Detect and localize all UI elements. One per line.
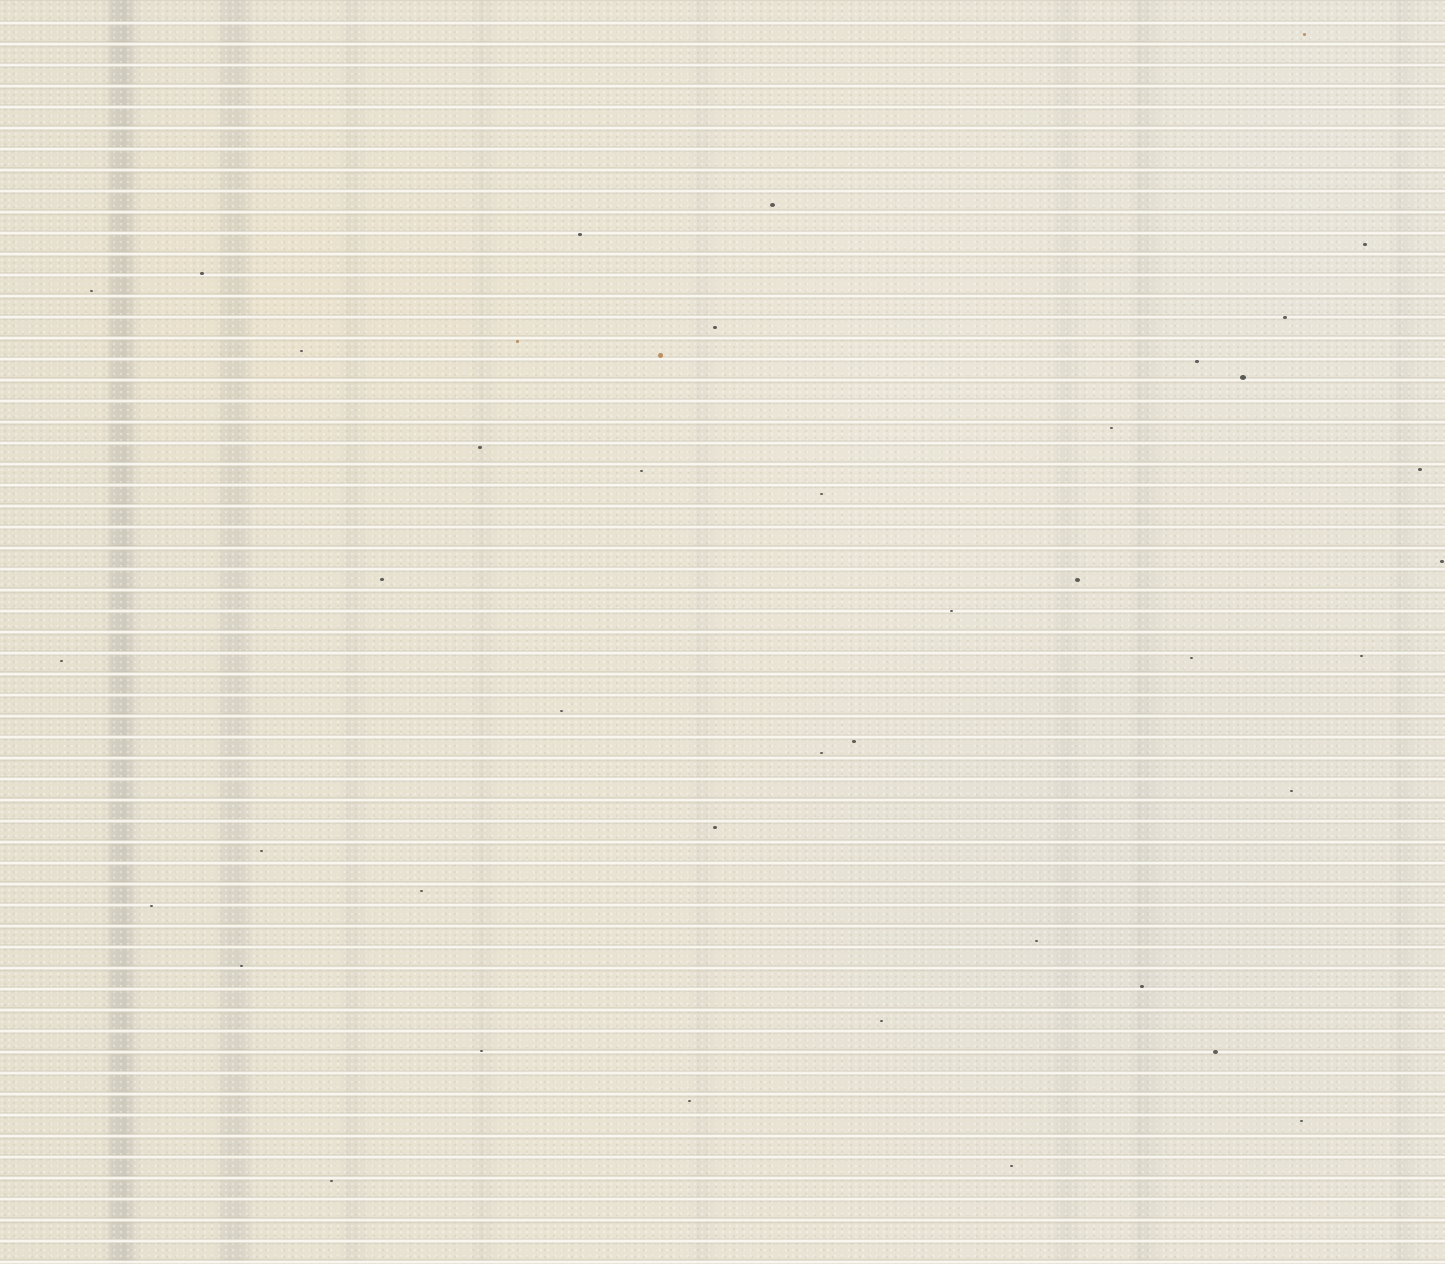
fleck xyxy=(1035,940,1038,942)
fleck xyxy=(90,290,93,292)
fleck xyxy=(1363,243,1367,246)
dark-fiber-flecks xyxy=(0,0,1445,1264)
fleck xyxy=(1195,360,1199,363)
fleck xyxy=(1300,1120,1303,1122)
fleck xyxy=(770,203,775,207)
fleck xyxy=(300,350,303,352)
fleck xyxy=(1190,657,1193,659)
fleck xyxy=(820,752,823,754)
fleck xyxy=(688,1100,691,1102)
fleck xyxy=(480,1050,483,1052)
fleck xyxy=(1440,560,1444,563)
fleck xyxy=(713,326,717,329)
rust-stain xyxy=(658,353,663,358)
fleck xyxy=(820,493,823,495)
fleck xyxy=(1360,655,1363,657)
fleck xyxy=(150,905,153,907)
fleck xyxy=(478,446,482,449)
fleck xyxy=(852,740,856,743)
fleck xyxy=(1140,985,1144,988)
fleck xyxy=(560,710,563,712)
fleck xyxy=(200,272,204,275)
fleck xyxy=(880,1020,883,1022)
fleck xyxy=(640,470,643,472)
fleck xyxy=(1075,578,1080,582)
fleck xyxy=(60,660,63,662)
fleck xyxy=(1110,427,1113,429)
fleck xyxy=(713,826,717,829)
rug-texture-photo xyxy=(0,0,1445,1264)
rust-stain xyxy=(1303,33,1306,36)
fleck xyxy=(1290,790,1293,792)
fleck xyxy=(240,965,243,967)
fleck xyxy=(380,578,384,581)
fleck xyxy=(578,233,582,236)
fleck xyxy=(950,610,953,612)
fleck xyxy=(420,890,423,892)
fleck xyxy=(330,1180,333,1182)
fleck xyxy=(1010,1165,1013,1167)
fleck xyxy=(1418,468,1422,471)
fleck xyxy=(1213,1050,1218,1054)
rust-stain xyxy=(516,340,519,343)
fleck xyxy=(1240,375,1246,380)
fleck xyxy=(1283,316,1287,319)
fleck xyxy=(260,850,263,852)
